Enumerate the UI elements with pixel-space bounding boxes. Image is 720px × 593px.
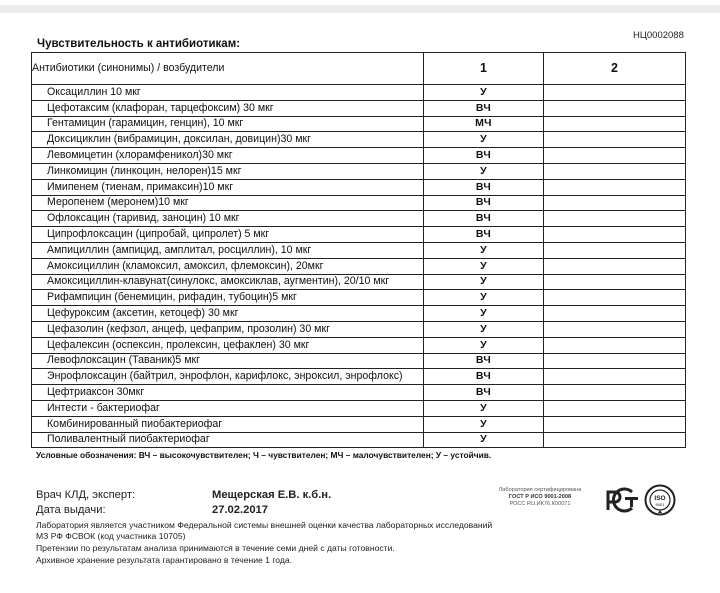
result-pathogen-1: МЧ [424,116,544,132]
result-pathogen-1: ВЧ [424,195,544,211]
antibiotic-name: Доксициклин (вибрамицин, доксилан, довиц… [32,132,424,148]
antibiotic-name: Офлоксацин (таривид, заноцин) 10 мкг [32,211,424,227]
antibiotic-name: Оксациллин 10 мкг [32,85,424,101]
result-pathogen-2 [544,353,686,369]
result-pathogen-2 [544,432,686,448]
result-pathogen-2 [544,385,686,401]
table-row: Поливалентный пиобактериофагУ [32,432,686,448]
result-pathogen-2 [544,369,686,385]
antibiotic-name: Амоксициллин-клавунат(синулокс, амоксикл… [32,274,424,290]
result-pathogen-2 [544,321,686,337]
result-pathogen-2 [544,416,686,432]
date-value: 27.02.2017 [212,504,268,516]
iso-icon: ISO 9001 [644,484,676,516]
result-pathogen-1: У [424,290,544,306]
svg-text:9001: 9001 [656,502,666,507]
result-pathogen-2 [544,163,686,179]
svg-text:ISO: ISO [654,495,665,502]
footer-line-1: Лаборатория является участником Федераль… [36,520,492,530]
result-pathogen-1: ВЧ [424,179,544,195]
result-pathogen-2 [544,211,686,227]
result-pathogen-1: ВЧ [424,369,544,385]
result-pathogen-2 [544,100,686,116]
top-band [0,5,720,13]
table-header-row: Антибиотики (синонимы) / возбудители 1 2 [32,53,686,85]
document-id: НЦ0002088 [633,30,684,41]
legend: Условные обозначения: ВЧ – высокочувстви… [36,450,491,460]
table-row: Оксациллин 10 мкгУ [32,85,686,101]
result-pathogen-1: У [424,306,544,322]
header-antibiotics: Антибиотики (синонимы) / возбудители [32,53,424,85]
antibiotic-name: Цефазолин (кефзол, анцеф, цефаприм, проз… [32,321,424,337]
antibiotic-name: Цефтриаксон 30мкг [32,385,424,401]
result-pathogen-1: ВЧ [424,211,544,227]
result-pathogen-1: ВЧ [424,353,544,369]
table-row: Цефотаксим (клафоран, тарцефоксим) 30 мк… [32,100,686,116]
antibiotic-name: Левомицетин (хлорамфеникол)30 мкг [32,148,424,164]
antibiotic-name: Поливалентный пиобактериофаг [32,432,424,448]
table-row: Амоксициллин (кламоксил, амоксил, флемок… [32,258,686,274]
result-pathogen-2 [544,337,686,353]
footer-line-2: МЗ РФ ФСВОК (код участника 10705) [36,531,185,541]
antibiotic-name: Цефотаксим (клафоран, тарцефоксим) 30 мк… [32,100,424,116]
table-row: Левомицетин (хлорамфеникол)30 мкгВЧ [32,148,686,164]
antibiotic-name: Левофлоксацин (Таваник)5 мкг [32,353,424,369]
result-pathogen-1: У [424,132,544,148]
table-row: Гентамицин (гарамицин, генцин), 10 мкгМЧ [32,116,686,132]
result-pathogen-2 [544,85,686,101]
result-pathogen-1: ВЧ [424,148,544,164]
result-pathogen-2 [544,274,686,290]
doctor-name: Мещерская Е.В. к.б.н. [212,489,331,501]
antibiotic-name: Амоксициллин (кламоксил, амоксил, флемок… [32,258,424,274]
result-pathogen-1: У [424,242,544,258]
result-pathogen-1: У [424,337,544,353]
result-pathogen-2 [544,195,686,211]
table-row: Линкомицин (линкоцин, нелорен)15 мкгУ [32,163,686,179]
result-pathogen-2 [544,306,686,322]
table-row: Меропенем (меронем)10 мкгВЧ [32,195,686,211]
table-row: Амоксициллин-клавунат(синулокс, амоксикл… [32,274,686,290]
date-label: Дата выдачи: [36,504,106,516]
cert-line-2: ГОСТ Р ИСО 9001-2008 [480,494,600,501]
table-row: Рифампицин (бенемицин, рифадин, тубоцин)… [32,290,686,306]
antibiotic-name: Энрофлоксацин (байтрил, энрофлон, карифл… [32,369,424,385]
antibiotic-name: Гентамицин (гарамицин, генцин), 10 мкг [32,116,424,132]
antibiotic-name: Цефуроксим (аксетин, кетоцеф) 30 мкг [32,306,424,322]
result-pathogen-2 [544,132,686,148]
cert-line-3: РОСС RU.ИК76.К00071 [480,501,600,508]
table-row: Офлоксацин (таривид, заноцин) 10 мкгВЧ [32,211,686,227]
antibiotic-name: Имипенем (тиенам, примаксин)10 мкг [32,179,424,195]
table-row: Цефазолин (кефзол, анцеф, цефаприм, проз… [32,321,686,337]
table-row: Ампициллин (ампицид, амплитал, росциллин… [32,242,686,258]
antibiotic-name: Рифампицин (бенемицин, рифадин, тубоцин)… [32,290,424,306]
result-pathogen-1: У [424,321,544,337]
table-row: Энрофлоксацин (байтрил, энрофлон, карифл… [32,369,686,385]
table-row: Имипенем (тиенам, примаксин)10 мкгВЧ [32,179,686,195]
table-row: Доксициклин (вибрамицин, доксилан, довиц… [32,132,686,148]
footer-line-3: Претензии по результатам анализа принима… [36,543,395,553]
result-pathogen-1: У [424,163,544,179]
result-pathogen-1: У [424,85,544,101]
doctor-label: Врач КЛД, эксперт: [36,489,135,501]
antibiotic-name: Интести - бактериофаг [32,400,424,416]
result-pathogen-1: У [424,432,544,448]
cert-line-1: Лаборатория сертифицирована [480,487,600,494]
result-pathogen-2 [544,148,686,164]
result-pathogen-1: ВЧ [424,385,544,401]
section-title: Чувствительность к антибиотикам: [37,38,240,50]
header-pathogen-2: 2 [544,53,686,85]
result-pathogen-1: ВЧ [424,100,544,116]
result-pathogen-2 [544,227,686,243]
antibiotic-name: Меропенем (меронем)10 мкг [32,195,424,211]
result-pathogen-1: У [424,274,544,290]
sensitivity-table: Антибиотики (синонимы) / возбудители 1 2… [31,52,686,448]
table-row: Левофлоксацин (Таваник)5 мкгВЧ [32,353,686,369]
footer-line-4: Архивное хранение результата гарантирова… [36,555,292,565]
antibiotic-name: Ампициллин (ампицид, амплитал, росциллин… [32,242,424,258]
result-pathogen-1: У [424,258,544,274]
antibiotic-name: Цефалексин (оспексин, пролексин, цефакле… [32,337,424,353]
table-row: Цефуроксим (аксетин, кетоцеф) 30 мкгУ [32,306,686,322]
result-pathogen-1: ВЧ [424,227,544,243]
result-pathogen-2 [544,400,686,416]
certification-text: Лаборатория сертифицирована ГОСТ Р ИСО 9… [480,487,600,508]
table-row: Интести - бактериофагУ [32,400,686,416]
result-pathogen-2 [544,179,686,195]
antibiotic-name: Линкомицин (линкоцин, нелорен)15 мкг [32,163,424,179]
header-pathogen-1: 1 [424,53,544,85]
result-pathogen-1: У [424,416,544,432]
result-pathogen-2 [544,242,686,258]
result-pathogen-2 [544,290,686,306]
table-row: Цефтриаксон 30мкгВЧ [32,385,686,401]
antibiotic-name: Ципрофлоксацин (ципробай, ципролет) 5 мк… [32,227,424,243]
table-row: Комбинированный пиобактериофагУ [32,416,686,432]
result-pathogen-2 [544,116,686,132]
antibiotic-name: Комбинированный пиобактериофаг [32,416,424,432]
table-row: Цефалексин (оспексин, пролексин, цефакле… [32,337,686,353]
rst-icon [604,486,640,514]
result-pathogen-1: У [424,400,544,416]
table-row: Ципрофлоксацин (ципробай, ципролет) 5 мк… [32,227,686,243]
result-pathogen-2 [544,258,686,274]
